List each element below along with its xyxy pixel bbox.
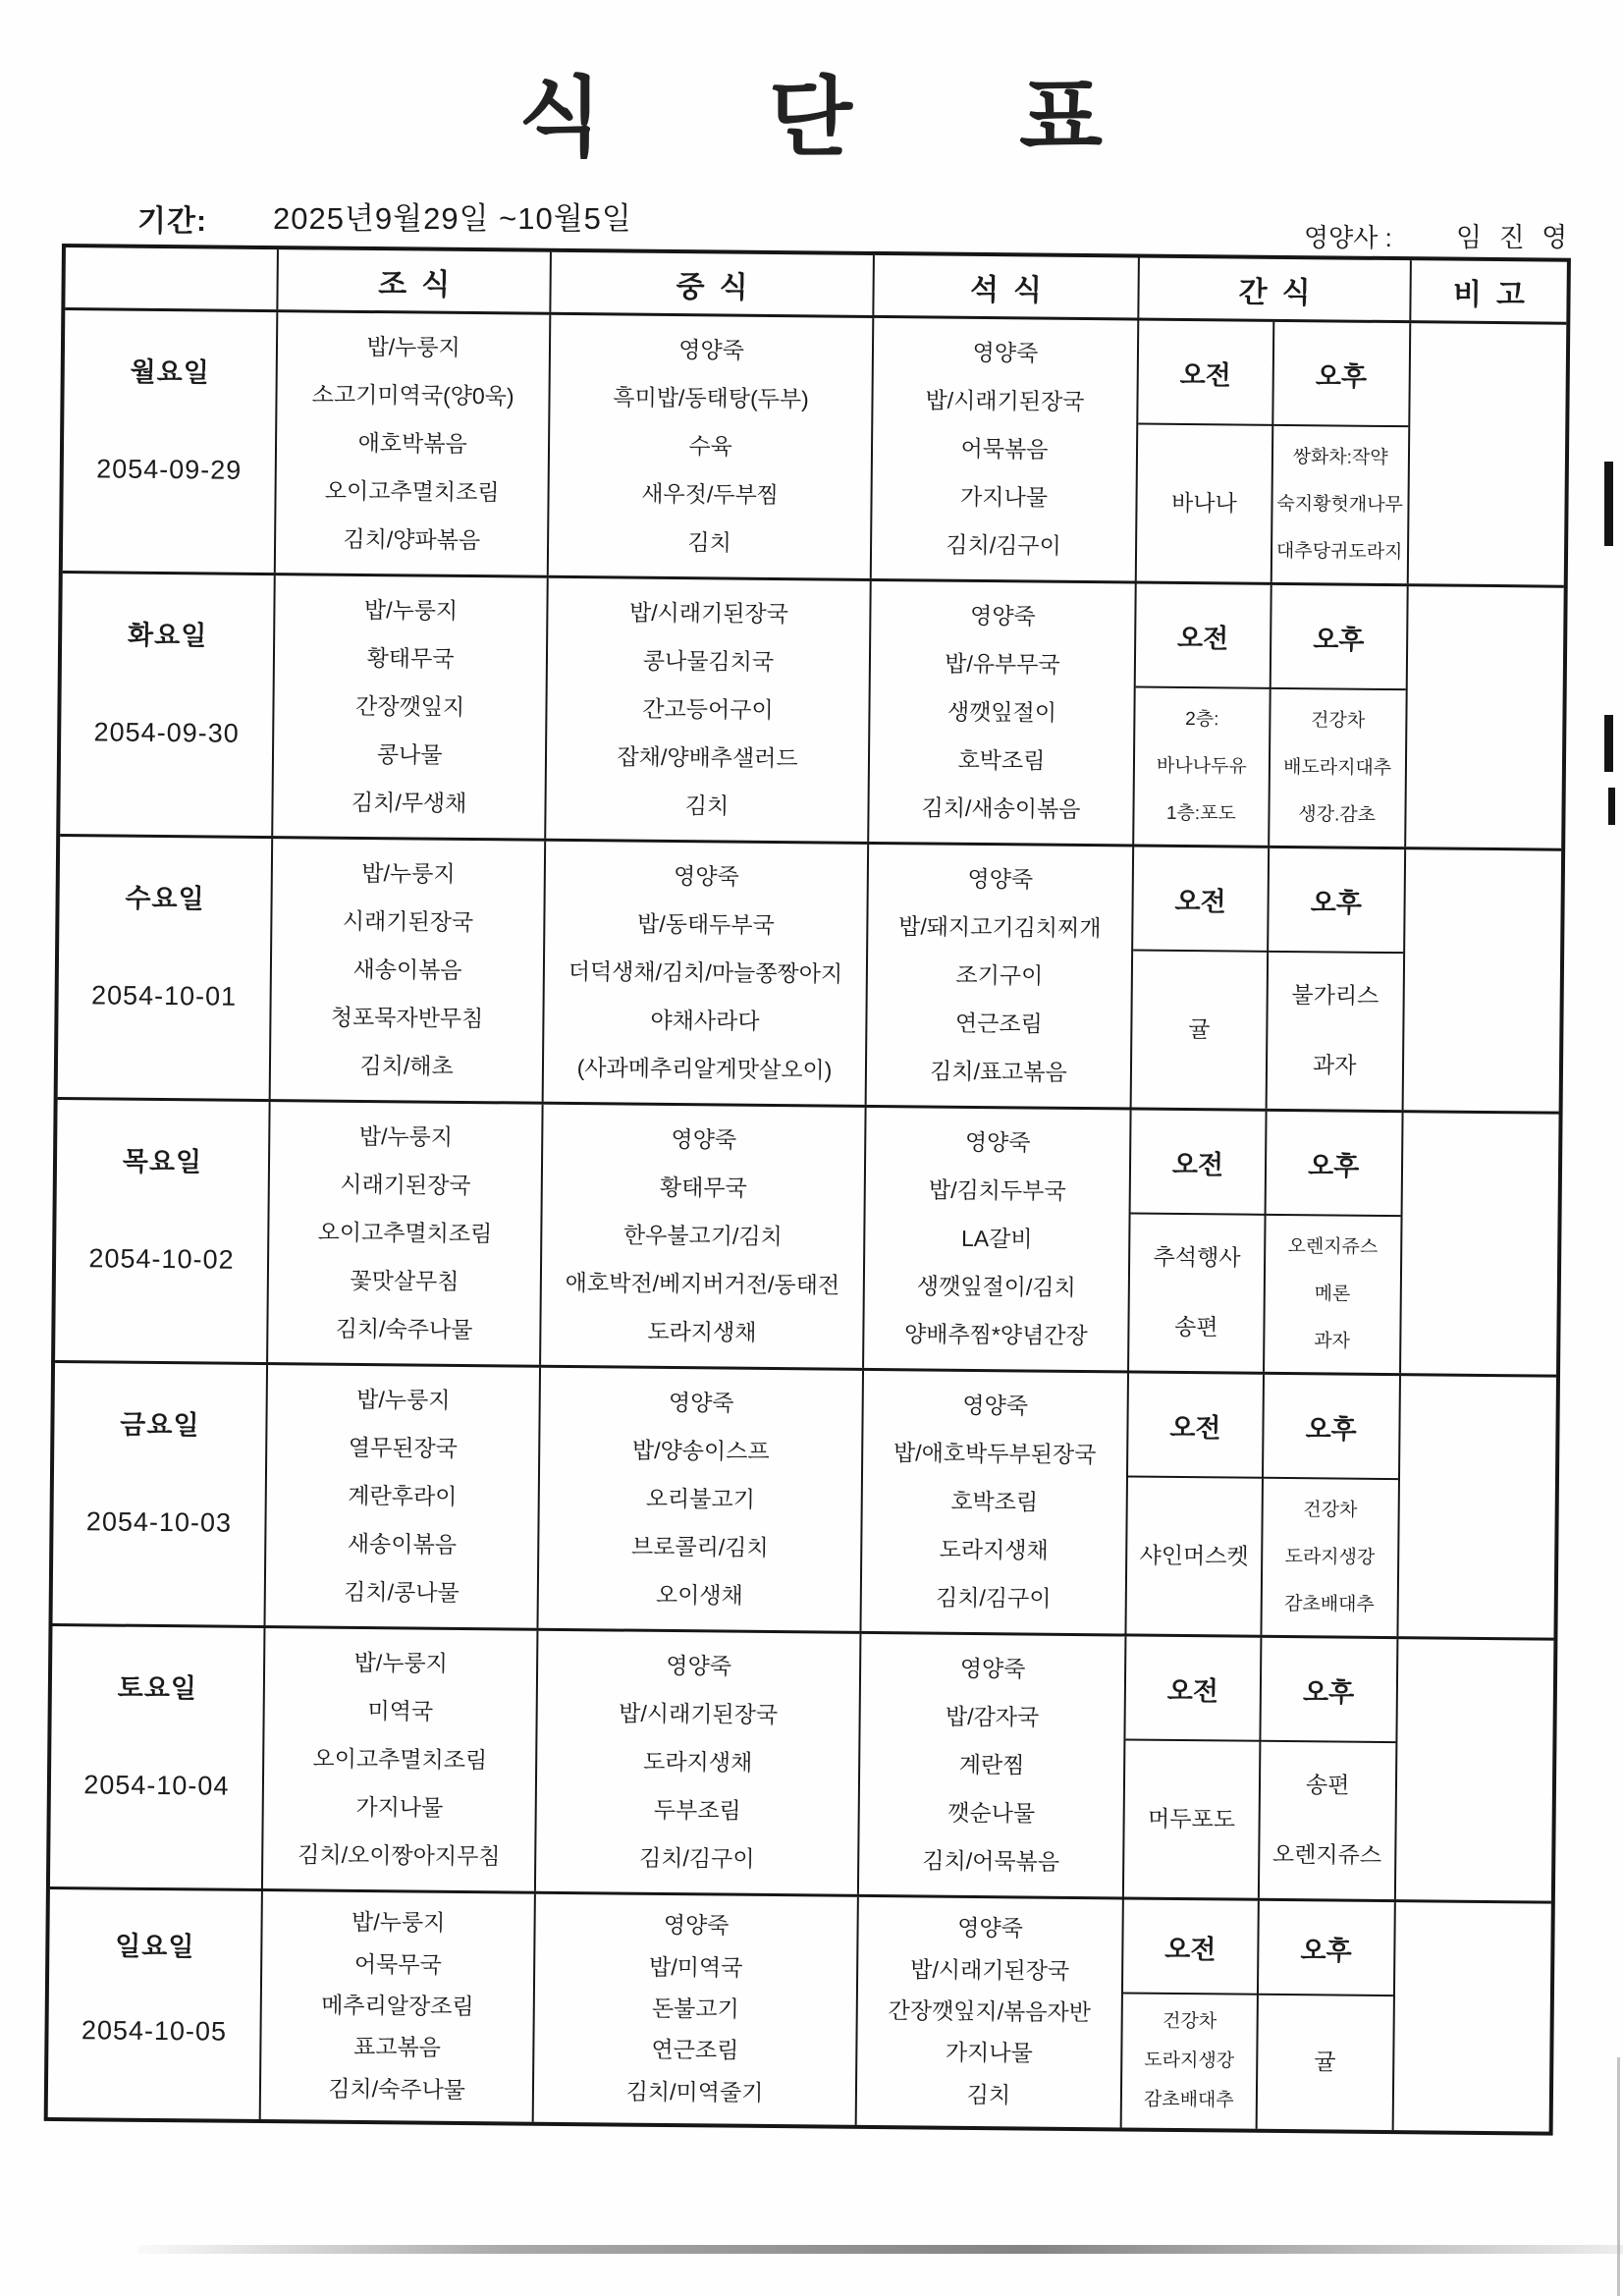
snack-cell: 오전 오후 샤인머스켓 건강차도라지생강감초배대추 xyxy=(1127,1373,1401,1636)
meal-item: 소고기미역국(양0욱) xyxy=(312,382,514,410)
breakfast-cell: 밥/누룽지시래기된장국새송이볶음청포묵자반무침김치/해초 xyxy=(271,839,547,1102)
meal-item: 생깻잎절이/김치 xyxy=(917,1274,1076,1300)
meal-item: 새우젓/두부찜 xyxy=(641,481,779,508)
meal-item: (사과메추리알게맛살오이) xyxy=(577,1056,833,1083)
meal-item: 밥/누룽지 xyxy=(356,1388,451,1414)
snack-cell: 오전 오후 머두포도 송편오렌지쥬스 xyxy=(1124,1636,1398,1899)
note-column-header: 비고 xyxy=(1411,260,1567,322)
meal-item: 영양죽 xyxy=(973,341,1039,366)
breakfast-column-header: 조식 xyxy=(278,249,552,312)
day-name: 월요일 xyxy=(65,350,276,390)
breakfast-cell: 밥/누룽지황태무국간장깻잎지콩나물김치/무생채 xyxy=(273,575,549,839)
snack-grid: 오전 오후 귤 불가리스과자 xyxy=(1132,847,1404,1111)
meal-item: 영양죽 xyxy=(678,338,744,363)
meal-item: 귤 xyxy=(1188,1017,1210,1043)
snack-am-content: 건강차도라지생강감초배대추 xyxy=(1122,1994,1259,2128)
meal-item: 더덕생채/김치/마늘쫑짱아지 xyxy=(568,959,843,987)
snack-pm-header: 오후 xyxy=(1264,1375,1399,1480)
table-row: 수요일 2054-10-01 밥/누룽지시래기된장국새송이볶음청포묵자반무침김치… xyxy=(58,837,1562,1115)
day-name: 수요일 xyxy=(59,876,270,916)
meal-item: 황태무국 xyxy=(367,646,455,673)
meal-item: 김치 xyxy=(687,530,731,556)
meal-item: 김치 xyxy=(685,793,730,819)
table-row: 일요일 2054-10-05 밥/누룽지어묵무국메추리알장조림표고볶음김치/숙주… xyxy=(48,1889,1551,2132)
snack-am-header: 오전 xyxy=(1126,1636,1262,1741)
dinner-cell: 영양죽밥/애호박두부된장국호박조림도라지생채김치/김구이 xyxy=(861,1371,1129,1634)
period-value: 2025년9월29일 ~10월5일 xyxy=(273,193,632,238)
meal-item: 야채사라다 xyxy=(650,1008,759,1034)
meal-item: 김치/미역줄기 xyxy=(626,2079,764,2105)
meal-item: 영양죽 xyxy=(970,604,1036,629)
snack-am-header: 오전 xyxy=(1133,847,1269,953)
dinner-cell: 영양죽밥/시래기된장국어묵볶음가지나물김치/김구이 xyxy=(871,318,1139,581)
meal-item: 새송이볶음 xyxy=(348,1531,457,1558)
meal-item: 시래기된장국 xyxy=(340,1172,471,1198)
snack-grid: 오전 오후 건강차도라지생강감초배대추 귤 xyxy=(1122,1899,1394,2130)
meal-item: 과자 xyxy=(1313,1054,1357,1079)
meal-item: 도라지생강 xyxy=(1144,2050,1234,2072)
meal-item: 황태무국 xyxy=(660,1175,747,1202)
meal-item: 대추당귀도라지 xyxy=(1276,540,1403,562)
meal-item: 영양죽 xyxy=(965,1129,1031,1155)
snack-pm-header: 오후 xyxy=(1273,322,1409,427)
lunch-cell: 영양죽흑미밥/동태탕(두부)수육새우젓/두부찜김치 xyxy=(549,315,874,578)
day-name: 금요일 xyxy=(54,1402,265,1443)
meal-item: 콩나물김치국 xyxy=(643,648,775,675)
breakfast-cell: 밥/누룽지어묵무국메추리알장조림표고볶음김치/숙주나물 xyxy=(261,1891,537,2122)
meal-item: 두부조림 xyxy=(654,1797,741,1824)
dinner-cell: 영양죽밥/유부무국생깻잎절이호박조림김치/새송이볶음 xyxy=(869,581,1137,845)
meal-item: 수육 xyxy=(688,434,732,460)
meal-item: 김치/콩나물 xyxy=(344,1579,460,1606)
breakfast-cell: 밥/누룽지열무된장국계란후라이새송이볶음김치/콩나물 xyxy=(265,1365,541,1628)
note-cell xyxy=(1403,849,1561,1112)
day-name: 토요일 xyxy=(52,1666,263,1706)
snack-cell: 오전 오후 바나나 쌍화차:작약숙지황헛개나무대추당귀도라지 xyxy=(1137,321,1411,584)
meal-item: 감초배대추 xyxy=(1284,1594,1375,1615)
meal-item: 간고등어구이 xyxy=(642,696,774,723)
day-date: 2054-10-03 xyxy=(53,1506,264,1539)
snack-cell: 오전 오후 2층:바나나두유1층:포도 건강차배도라지대추생강.감초 xyxy=(1134,584,1408,847)
scan-artifact xyxy=(1604,462,1613,546)
day-date: 2054-09-30 xyxy=(61,717,272,749)
meal-item: 밥/양송이스프 xyxy=(632,1438,770,1464)
meal-item: 간장깻잎지/볶음자반 xyxy=(888,1998,1091,2026)
meal-item: 잡채/양배추샐러드 xyxy=(617,744,797,772)
lunch-cell: 영양죽밥/미역국돈불고기연근조림김치/미역줄기 xyxy=(534,1894,858,2125)
snack-grid: 오전 오후 추석행사송편 오렌지쥬스메론과자 xyxy=(1129,1111,1401,1374)
meal-item: 김치 xyxy=(967,2083,1011,2108)
meal-item: 밥/돼지고기김치찌개 xyxy=(898,914,1102,942)
meal-item: 밥/시래기된장국 xyxy=(925,388,1084,414)
meal-item: 오렌지쥬스 xyxy=(1287,1236,1378,1258)
scan-artifact xyxy=(1604,715,1613,772)
meal-item: 송편 xyxy=(1306,1773,1350,1798)
snack-pm-content: 송편오렌지쥬스 xyxy=(1259,1742,1395,1899)
meal-item: 샤인머스켓 xyxy=(1139,1543,1248,1569)
meal-item: 오이고추멸치조림 xyxy=(312,1746,487,1773)
day-cell: 금요일 2054-10-03 xyxy=(53,1363,268,1625)
meal-item: 김치/김구이 xyxy=(936,1585,1052,1612)
lunch-column-header: 중식 xyxy=(552,252,875,315)
meal-item: 김치/해초 xyxy=(359,1054,454,1080)
day-name: 일요일 xyxy=(49,1924,260,1964)
meal-item: 김치/어묵볶음 xyxy=(922,1848,1059,1875)
meal-item: 생깻잎절이 xyxy=(947,699,1056,726)
snack-grid: 오전 오후 샤인머스켓 건강차도라지생강감초배대추 xyxy=(1127,1373,1399,1636)
snack-cell: 오전 오후 건강차도라지생강감초배대추 귤 xyxy=(1122,1899,1396,2130)
meal-item: 영양죽 xyxy=(960,1656,1026,1681)
meal-item: 콩나물 xyxy=(377,742,443,768)
dietitian-value: 임 진 영 xyxy=(1456,216,1572,254)
meal-item: LA갈비 xyxy=(961,1226,1033,1251)
snack-column-header: 간식 xyxy=(1140,258,1412,321)
table-body: 월요일 2054-09-29 밥/누룽지소고기미역국(양0욱)애호박볶음오이고추… xyxy=(48,310,1567,2132)
meal-item: 영양죽 xyxy=(962,1393,1028,1418)
meal-item: 시래기된장국 xyxy=(343,908,474,935)
snack-am-header: 오전 xyxy=(1123,1899,1259,1995)
meal-item: 김치/김구이 xyxy=(639,1845,755,1872)
meal-item: 김치/숙주나물 xyxy=(336,1316,473,1342)
meal-item: 밥/유부무국 xyxy=(945,651,1060,678)
meal-item: 계란찜 xyxy=(959,1752,1025,1777)
meal-item: 간장깻잎지 xyxy=(355,694,464,721)
meal-item: 밥/시래기된장국 xyxy=(629,600,788,627)
meal-item: 가지나물 xyxy=(355,1795,443,1822)
meal-item: 메론 xyxy=(1315,1284,1351,1305)
meal-item: 밥/누룽지 xyxy=(359,1124,454,1151)
meal-item: 머두포도 xyxy=(1148,1806,1235,1832)
meal-item: 오리불고기 xyxy=(646,1486,755,1512)
meal-item: 표고볶음 xyxy=(353,2035,441,2061)
dinner-cell: 영양죽밥/돼지고기김치찌개조기구이연근조림김치/표고볶음 xyxy=(866,845,1134,1108)
day-cell: 수요일 2054-10-01 xyxy=(58,837,273,1099)
meal-item: 밥/동태두부국 xyxy=(637,911,775,938)
meal-item: 2층: xyxy=(1185,709,1218,731)
meal-item: 가지나물 xyxy=(946,2041,1033,2067)
snack-pm-content: 불가리스과자 xyxy=(1267,953,1403,1110)
dinner-cell: 영양죽밥/김치두부국LA갈비생깻잎절이/김치양배추찜*양념간장 xyxy=(864,1108,1132,1371)
meal-item: 불가리스 xyxy=(1291,983,1379,1010)
meal-item: 영양죽 xyxy=(666,1654,731,1679)
scan-artifact xyxy=(1608,788,1615,825)
meal-item: 김치/새송이볶음 xyxy=(921,795,1080,822)
meal-item: 밥/누룽지 xyxy=(366,335,460,361)
snack-pm-header: 오후 xyxy=(1258,1901,1393,1996)
snack-pm-header: 오후 xyxy=(1269,848,1404,954)
day-cell: 토요일 2054-10-04 xyxy=(50,1626,265,1888)
meal-item: 연근조림 xyxy=(955,1011,1043,1037)
snack-grid: 오전 오후 머두포도 송편오렌지쥬스 xyxy=(1124,1636,1396,1899)
meal-item: 오이고추멸치조림 xyxy=(317,1220,492,1246)
day-name: 목요일 xyxy=(57,1139,268,1179)
meal-item: 도라지생강 xyxy=(1284,1547,1375,1568)
table-row: 화요일 2054-09-30 밥/누룽지황태무국간장깻잎지콩나물김치/무생채 밥… xyxy=(60,574,1564,851)
meal-item: 쌍화차:작약 xyxy=(1293,447,1388,468)
breakfast-cell: 밥/누룽지소고기미역국(양0욱)애호박볶음오이고추멸치조림김치/양파볶음 xyxy=(276,312,552,575)
snack-cell: 오전 오후 추석행사송편 오렌지쥬스메론과자 xyxy=(1129,1111,1403,1374)
meal-item: 오이생채 xyxy=(656,1582,743,1609)
note-cell xyxy=(1401,1113,1559,1375)
dietitian-label: 영양사 : xyxy=(1304,218,1392,254)
snack-am-content: 귤 xyxy=(1132,952,1269,1109)
breakfast-cell: 밥/누룽지시래기된장국오이고추멸치조림꽃맛살무침김치/숙주나물 xyxy=(268,1102,544,1365)
meal-item: 1층:포도 xyxy=(1166,802,1236,824)
snack-am-content: 2층:바나나두유1층:포도 xyxy=(1134,688,1271,846)
dinner-column-header: 석식 xyxy=(874,255,1140,318)
meal-item: 호박조림 xyxy=(950,1489,1038,1515)
table-row: 목요일 2054-10-02 밥/누룽지시래기된장국오이고추멸치조림꽃맛살무침김… xyxy=(55,1100,1559,1378)
meal-item: 밥/누룽지 xyxy=(364,598,459,625)
meal-item: 흑미밥/동태탕(두부) xyxy=(613,385,809,412)
meal-item: 밥/누룽지 xyxy=(361,861,456,888)
meal-item: 추석행사 xyxy=(1153,1245,1240,1272)
meal-item: 밥/누룽지 xyxy=(354,1651,449,1677)
snack-am-header: 오전 xyxy=(1139,321,1274,426)
meal-item: 귤 xyxy=(1314,2050,1335,2075)
snack-am-content: 샤인머스켓 xyxy=(1127,1477,1264,1634)
meal-item: 오렌지쥬스 xyxy=(1272,1842,1381,1869)
snack-pm-header: 오후 xyxy=(1266,1112,1401,1217)
meal-item: 밥/시래기된장국 xyxy=(910,1957,1069,1984)
meal-item: 영양죽 xyxy=(671,1127,736,1153)
day-date: 2054-10-02 xyxy=(56,1243,267,1276)
meal-item: 영양죽 xyxy=(674,864,739,890)
snack-am-header: 오전 xyxy=(1136,584,1271,689)
dinner-cell: 영양죽밥/감자국계란찜깻순나물김치/어묵볶음 xyxy=(859,1634,1127,1897)
meal-item: 밥/김치두부국 xyxy=(929,1177,1066,1204)
meal-item: 도라지생채 xyxy=(940,1537,1049,1563)
meal-item: 깻순나물 xyxy=(947,1800,1035,1827)
meal-item: 밥/누룽지 xyxy=(352,1910,446,1937)
note-cell xyxy=(1393,1902,1550,2132)
meal-item: 열무된장국 xyxy=(349,1435,458,1461)
day-date: 2054-10-05 xyxy=(48,2015,259,2048)
meal-item: 생강.감초 xyxy=(1298,804,1376,826)
meal-item: 김치/오이짱아지무침 xyxy=(298,1842,501,1870)
table-row: 월요일 2054-09-29 밥/누룽지소고기미역국(양0욱)애호박볶음오이고추… xyxy=(63,310,1567,588)
meal-item: 오이고추멸치조림 xyxy=(325,478,500,505)
meal-item: 밥/시래기된장국 xyxy=(619,1701,778,1727)
dinner-cell: 영양죽밥/시래기된장국간장깻잎지/볶음자반가지나물김치 xyxy=(856,1897,1124,2128)
meal-item: 호박조림 xyxy=(957,747,1045,774)
snack-cell: 오전 오후 귤 불가리스과자 xyxy=(1132,847,1406,1111)
meal-item: 애호박전/베지버거전/동태전 xyxy=(566,1271,840,1298)
meal-item: 브로콜리/김치 xyxy=(631,1534,769,1560)
meal-item: 밥/감자국 xyxy=(946,1704,1040,1730)
breakfast-cell: 밥/누룽지미역국오이고추멸치조림가지나물김치/오이짱아지무침 xyxy=(263,1628,539,1891)
meal-item: 도라지생채 xyxy=(647,1319,756,1345)
meal-item: 도라지생채 xyxy=(643,1749,752,1776)
meal-item: 김치/김구이 xyxy=(946,532,1061,559)
meal-item: 김치/무생채 xyxy=(352,790,467,816)
day-cell: 월요일 2054-09-29 xyxy=(63,310,278,573)
day-cell: 화요일 2054-09-30 xyxy=(60,574,275,836)
meal-item: 바나나 xyxy=(1171,490,1237,516)
snack-am-content: 머두포도 xyxy=(1124,1740,1261,1897)
meal-item: 바나나두유 xyxy=(1157,756,1247,778)
meal-item: 청포묵자반무침 xyxy=(331,1005,484,1031)
table-row: 토요일 2054-10-04 밥/누룽지미역국오이고추멸치조림가지나물김치/오이… xyxy=(50,1626,1554,1904)
meal-item: 미역국 xyxy=(367,1699,433,1724)
meal-item: 밥/애호박두부된장국 xyxy=(893,1441,1097,1468)
meal-item: 과자 xyxy=(1314,1331,1350,1352)
snack-am-content: 바나나 xyxy=(1137,425,1273,582)
day-column-header-empty xyxy=(65,247,278,309)
snack-pm-header: 오후 xyxy=(1261,1638,1396,1743)
lunch-cell: 영양죽황태무국한우불고기/김치애호박전/베지버거전/동태전도라지생채 xyxy=(541,1105,866,1368)
snack-am-header: 오전 xyxy=(1131,1111,1267,1216)
lunch-cell: 밥/시래기된장국콩나물김치국간고등어구이잡채/양배추샐러드김치 xyxy=(547,578,872,842)
lunch-cell: 영양죽밥/동태두부국더덕생채/김치/마늘쫑짱아지야채사라다(사과메추리알게맛살오… xyxy=(544,842,869,1105)
snack-pm-content: 귤 xyxy=(1257,1995,1393,2130)
snack-pm-header: 오후 xyxy=(1271,585,1406,690)
note-cell xyxy=(1409,323,1567,585)
day-date: 2054-10-01 xyxy=(59,980,270,1012)
snack-grid: 오전 오후 2층:바나나두유1층:포도 건강차배도라지대추생강.감초 xyxy=(1134,584,1406,847)
meal-item: 새송이볶음 xyxy=(352,957,461,984)
meal-item: 밥/미역국 xyxy=(649,1955,743,1982)
meal-item: 꽃맛살무침 xyxy=(350,1268,459,1294)
day-date: 2054-10-04 xyxy=(51,1770,262,1802)
meal-item: 계란후라이 xyxy=(348,1483,457,1509)
meal-item: 김치/양파볶음 xyxy=(343,526,480,553)
meal-item: 연근조림 xyxy=(651,2038,738,2064)
snack-am-header: 오전 xyxy=(1128,1373,1264,1478)
lunch-cell: 영양죽밥/시래기된장국도라지생채두부조림김치/김구이 xyxy=(536,1631,861,1894)
snack-am-content: 추석행사송편 xyxy=(1129,1214,1266,1371)
meal-item: 어묵무국 xyxy=(354,1952,442,1979)
lunch-cell: 영양죽밥/양송이스프오리불고기브로콜리/김치오이생채 xyxy=(539,1368,864,1631)
day-date: 2054-09-29 xyxy=(64,454,275,486)
table-row: 금요일 2054-10-03 밥/누룽지열무된장국계란후라이새송이볶음김치/콩나… xyxy=(52,1363,1556,1641)
meal-item: 영양죽 xyxy=(664,1913,730,1939)
day-cell: 목요일 2054-10-02 xyxy=(55,1100,270,1362)
note-cell xyxy=(1406,586,1564,848)
meal-item: 가지나물 xyxy=(960,484,1048,511)
meal-item: 김치/표고볶음 xyxy=(930,1059,1067,1085)
meal-item: 메추리알장조림 xyxy=(321,1994,474,2020)
meal-item: 돈불고기 xyxy=(652,1996,739,2023)
snack-pm-content: 건강차배도라지대추생강.감초 xyxy=(1270,689,1406,847)
meal-item: 영양죽 xyxy=(967,867,1033,893)
page-title: 식단표 xyxy=(518,49,1270,173)
snack-grid: 오전 오후 바나나 쌍화차:작약숙지황헛개나무대추당귀도라지 xyxy=(1137,321,1409,584)
snack-pm-content: 건강차도라지생강감초배대추 xyxy=(1262,1479,1398,1636)
meal-item: 김치/숙주나물 xyxy=(328,2077,465,2104)
snack-pm-content: 쌍화차:작약숙지황헛개나무대추당귀도라지 xyxy=(1271,426,1408,583)
meal-item: 한우불고기/김치 xyxy=(623,1223,783,1249)
meal-item: 감초배대추 xyxy=(1144,2090,1234,2111)
meal-item: 건강차 xyxy=(1311,710,1365,732)
scan-artifact xyxy=(137,2245,1623,2254)
meal-item: 숙지황헛개나무 xyxy=(1276,494,1403,516)
meal-plan-table: 조식 중식 석식 간식 비고 월요일 2054-09-29 밥/누룽지소고기미역… xyxy=(44,244,1571,2136)
meal-item: 영양죽 xyxy=(957,1916,1023,1941)
meal-item: 어묵볶음 xyxy=(960,436,1048,463)
day-name: 화요일 xyxy=(62,613,273,653)
scan-artifact xyxy=(1617,2057,1620,2296)
meal-item: 애호박볶음 xyxy=(358,431,467,458)
meal-item: 양배추찜*양념간장 xyxy=(904,1322,1088,1349)
snack-pm-content: 오렌지쥬스메론과자 xyxy=(1265,1216,1401,1373)
period-label: 기간: xyxy=(137,196,207,240)
note-cell xyxy=(1398,1376,1556,1638)
meal-item: 건강차 xyxy=(1303,1500,1357,1521)
meal-item: 영양죽 xyxy=(669,1391,734,1416)
meal-item: 배도라지대추 xyxy=(1283,757,1391,779)
meal-item: 조기구이 xyxy=(955,962,1043,989)
day-cell: 일요일 2054-10-05 xyxy=(48,1889,263,2119)
meal-item: 송편 xyxy=(1174,1315,1218,1340)
note-cell xyxy=(1396,1639,1554,1901)
meal-item: 건강차 xyxy=(1163,2011,1217,2033)
